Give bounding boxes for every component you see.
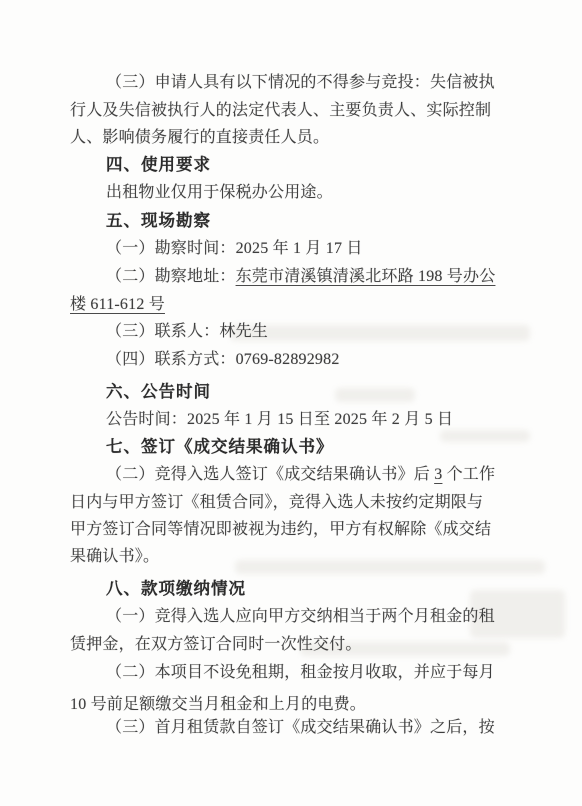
clause-contract-signing-line-3: 甲方签订合同等情况即被视为违约，甲方有权解除《成交结 bbox=[70, 516, 491, 544]
bleedthrough-mark bbox=[335, 388, 415, 402]
text-segment: （三）联系人：林先生 bbox=[106, 323, 268, 340]
clause-usage-purpose: 出租物业仅用于保税办公用途。 bbox=[106, 179, 333, 207]
section-heading-usage-requirements: 四、使用要求 bbox=[106, 151, 211, 179]
text-segment: 赁押金，在双方签订合同时一次性交付。 bbox=[70, 636, 362, 653]
text-segment: 人、影响债务履行的直接责任人员。 bbox=[70, 129, 329, 146]
text-segment: 甲方签订合同等情况即被视为违约，甲方有权解除《成交结 bbox=[70, 521, 491, 538]
heading-text: 四、使用要求 bbox=[106, 156, 211, 174]
section-heading-confirmation-signing: 七、签订《成交结果确认书》 bbox=[106, 433, 334, 461]
clause-contract-signing-line-4: 果确认书》。 bbox=[70, 543, 159, 571]
heading-text: 七、签订《成交结果确认书》 bbox=[106, 438, 334, 456]
clause-deposit-line-2: 赁押金，在双方签订合同时一次性交付。 bbox=[70, 631, 362, 659]
text-segment: （三）首月租赁款自签订《成交结果确认书》之后，按 bbox=[106, 719, 495, 736]
bleedthrough-mark bbox=[440, 430, 530, 442]
text-segment: （一）勘察时间：2025 年 1 月 17 日 bbox=[106, 240, 363, 257]
text-segment: （二）勘察地址： bbox=[106, 268, 236, 285]
clause-contact-phone: （四）联系方式：0769-82892982 bbox=[106, 346, 340, 374]
text-segment: 10 号前足额缴交当月租金和上月的电费。 bbox=[70, 696, 366, 713]
underlined-address-text: 楼 611-612 号 bbox=[70, 296, 165, 313]
clause-applicant-restriction-line-1: （三）申请人具有以下情况的不得参与竞投：失信被执 bbox=[106, 69, 495, 97]
text-segment: 个工作 bbox=[442, 466, 495, 483]
bleedthrough-mark bbox=[235, 560, 545, 574]
clause-applicant-restriction-line-2: 行人及失信被执行人的法定代表人、主要负责人、实际控制 bbox=[70, 97, 491, 125]
clause-survey-address-line-1: （二）勘察地址：东莞市清溪镇清溪北环路 198 号办公 bbox=[106, 263, 495, 291]
clause-deposit-line-1: （一）竞得入选人应向甲方交纳相当于两个月租金的租 bbox=[106, 603, 495, 631]
text-segment: （四）联系方式：0769-82892982 bbox=[106, 351, 340, 368]
text-segment: 果确认书》。 bbox=[70, 548, 159, 565]
text-segment: （三）申请人具有以下情况的不得参与竞投：失信被执 bbox=[106, 74, 495, 91]
scanned-document-page: （三）申请人具有以下情况的不得参与竞投：失信被执 行人及失信被执行人的法定代表人… bbox=[0, 0, 582, 806]
section-heading-payment-terms: 八、款项缴纳情况 bbox=[106, 575, 246, 603]
text-segment: 公告时间：2025 年 1 月 15 日至 2025 年 2 月 5 日 bbox=[106, 411, 453, 428]
clause-contact-person: （三）联系人：林先生 bbox=[106, 318, 268, 346]
underlined-address-text: 东莞市清溪镇清溪北环路 198 号办公 bbox=[236, 268, 496, 285]
text-segment: （二）竞得入选人签订《成交结果确认书》后 bbox=[106, 466, 434, 483]
clause-rent-collection-line-1: （二）本项目不设免租期，租金按月收取，并应于每月 bbox=[106, 659, 495, 687]
text-segment: （一）竞得入选人应向甲方交纳相当于两个月租金的租 bbox=[106, 608, 495, 625]
heading-text: 八、款项缴纳情况 bbox=[106, 580, 246, 598]
section-heading-announcement-period: 六、公告时间 bbox=[106, 378, 211, 406]
text-segment: （二）本项目不设免租期，租金按月收取，并应于每月 bbox=[106, 664, 495, 681]
section-heading-site-survey: 五、现场勘察 bbox=[106, 207, 211, 235]
heading-text: 六、公告时间 bbox=[106, 383, 211, 401]
clause-contract-signing-line-1: （二）竞得入选人签订《成交结果确认书》后 3 个工作 bbox=[106, 461, 495, 489]
clause-survey-time: （一）勘察时间：2025 年 1 月 17 日 bbox=[106, 235, 363, 263]
clause-first-month-rent: （三）首月租赁款自签订《成交结果确认书》之后，按 bbox=[106, 714, 495, 742]
text-segment: 日内与甲方签订《租赁合同》，竞得入选人未按约定期限与 bbox=[70, 494, 483, 511]
clause-announcement-dates: 公告时间：2025 年 1 月 15 日至 2025 年 2 月 5 日 bbox=[106, 406, 453, 434]
text-segment: 出租物业仅用于保税办公用途。 bbox=[106, 184, 333, 201]
clause-applicant-restriction-line-3: 人、影响债务履行的直接责任人员。 bbox=[70, 124, 329, 152]
bleedthrough-mark bbox=[230, 325, 530, 341]
clause-survey-address-line-2: 楼 611-612 号 bbox=[70, 291, 165, 319]
text-segment: 行人及失信被执行人的法定代表人、主要负责人、实际控制 bbox=[70, 102, 491, 119]
heading-text: 五、现场勘察 bbox=[106, 212, 211, 230]
clause-contract-signing-line-2: 日内与甲方签订《租赁合同》，竞得入选人未按约定期限与 bbox=[70, 489, 483, 517]
